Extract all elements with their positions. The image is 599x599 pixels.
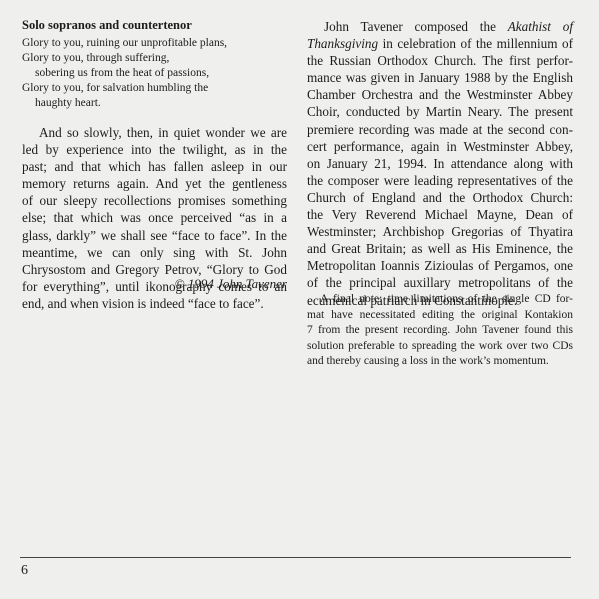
paragraph-line: John Tavener composed the Akathist of bbox=[307, 18, 573, 35]
line-text: John Tavener composed the bbox=[324, 19, 508, 34]
note-line: 7 from the present recording. John Taven… bbox=[307, 323, 573, 339]
paragraph-line: Metropolitan Ioannis Zizioulas of Pergam… bbox=[307, 257, 573, 274]
verse-line: sobering us from the heat of passions, bbox=[22, 66, 227, 81]
verse-block: Glory to you, ruining our unprofitable p… bbox=[22, 36, 227, 111]
paragraph-line: the composer were leading representative… bbox=[307, 172, 573, 189]
paragraph-line: of our sleepy recollections promises som… bbox=[22, 192, 287, 209]
paragraph-line: meantime, we can only sing with St. John bbox=[22, 244, 287, 261]
verse-line: Glory to you, through suffering, bbox=[22, 51, 227, 66]
page-number: 6 bbox=[21, 563, 28, 579]
paragraph-line: cert performance, again in Westminster A… bbox=[307, 138, 573, 155]
paragraph-line: on January 21, 1994. In attendance along… bbox=[307, 155, 573, 172]
paragraph-line: Church of England and the Orthodox Churc… bbox=[307, 189, 573, 206]
paragraph-line: the Very Reverend Michael Mayne, Dean of bbox=[307, 206, 573, 223]
work-title-italic: Thanksgiving bbox=[307, 36, 378, 51]
note-line: mat have necessitated editing the origin… bbox=[307, 308, 573, 324]
paragraph-line: Chamber Orchestra and the Westminster Ab… bbox=[307, 86, 573, 103]
verse-line: haughty heart. bbox=[22, 96, 227, 111]
paragraph-line: else; that which was once perceived “as … bbox=[22, 209, 287, 226]
paragraph-line: past; and that which has fallen asleep i… bbox=[22, 158, 287, 175]
note-line: solution preferable to spreading the wor… bbox=[307, 339, 573, 355]
verse-line: Glory to you, ruining our unprofitable p… bbox=[22, 36, 227, 51]
paragraph-line: And so slowly, then, in quiet wonder we … bbox=[22, 124, 287, 141]
line-text: in celebration of the millennium of bbox=[378, 36, 573, 51]
paragraph-line: and Great Britain; as well as His Eminen… bbox=[307, 240, 573, 257]
paragraph-line: Westminster; Archbishop Gregorias of Thy… bbox=[307, 223, 573, 240]
paragraph-line: Thanksgiving in celebration of the mille… bbox=[307, 35, 573, 52]
verse-line: Glory to you, for salvation humbling the bbox=[22, 81, 227, 96]
paragraph-line: mance was given in January 1988 by the E… bbox=[307, 69, 573, 86]
final-note-paragraph: A final note: time limitations of the si… bbox=[307, 292, 573, 370]
history-paragraph: John Tavener composed the Akathist of Th… bbox=[307, 18, 573, 309]
paragraph-line: premiere recording was made at the secon… bbox=[307, 121, 573, 138]
section-heading: Solo sopranos and countertenor bbox=[22, 18, 192, 33]
paragraph-line: led by experience into the twilight, as … bbox=[22, 141, 287, 158]
note-line: A final note: time limitations of the si… bbox=[307, 292, 573, 308]
paragraph-line: the Russian Orthodox Church. The first p… bbox=[307, 52, 573, 69]
paragraph-line: glass, darkly” we shall see “face to fac… bbox=[22, 227, 287, 244]
paragraph-line: of the principal auxillary metropolitans… bbox=[307, 274, 573, 291]
footer-rule bbox=[20, 557, 571, 558]
paragraph-line: Choir, conducted by Martin Neary. The pr… bbox=[307, 103, 573, 120]
work-title-italic: Akathist of bbox=[508, 19, 573, 34]
paragraph-line: memory returns again. And yet the gentle… bbox=[22, 175, 287, 192]
paragraph-line: end, and when vision is indeed “face to … bbox=[22, 295, 287, 312]
note-line: and thereby causing a loss in the work’s… bbox=[307, 354, 573, 370]
copyright-signature: © 1994 John Tavener bbox=[175, 276, 287, 292]
